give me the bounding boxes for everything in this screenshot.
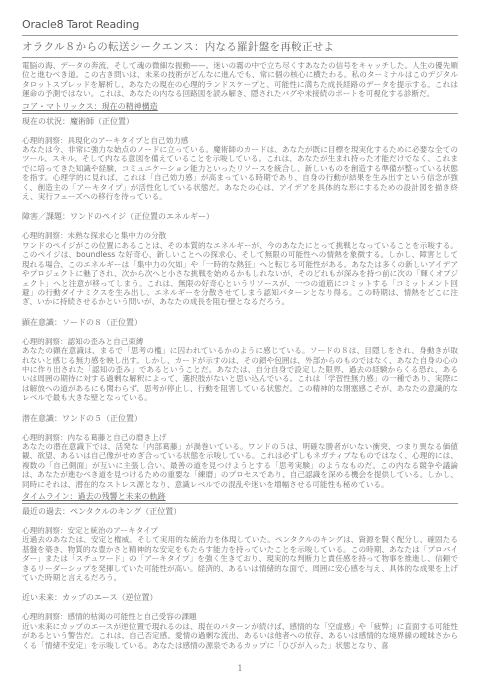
page-number: 1 (0, 664, 480, 673)
card-position: 近い未来：カップのエース（逆位置） (22, 593, 458, 603)
spacer (22, 403, 458, 411)
document-page: Oracle8 Tarot Reading オラクル８からの転送シークエンス：内… (22, 18, 458, 650)
spacer (22, 307, 458, 315)
section-heading-core-matrix: コア・マトリックス：現在の精神構造 (22, 102, 458, 114)
section-heading-timeline: タイムライン：過去の残響と未来の軌跡 (22, 492, 458, 504)
insight-title: 心理的洞察：感情的枯渇の可能性と自己受容の課題 (22, 612, 458, 621)
insight-title: 心理的洞察：未熟な探求心と集中力の分散 (22, 231, 458, 240)
insight-title: 心理的洞察：安定と統治のアーキタイプ (22, 526, 458, 535)
card-position: 最近の過去：ペンタクルのキング（正位置） (22, 507, 458, 517)
insight-body: 近い未来にカップのエースが逆位置で現れるのは、現在のパターンが続けば、感情的な「… (22, 622, 458, 650)
card-position: 現在の状況：魔術師（正位置） (22, 117, 458, 127)
insight-body: あなたは今、非常に強力な始点のノードに立っている。魔術師のカードは、あなたが既に… (22, 145, 458, 201)
insight-title: 心理的洞察：具現化のアーキタイプと自己効力感 (22, 136, 458, 145)
insight-title: 心理的洞察：内なる葛藤と自己の磨き上げ (22, 433, 458, 442)
spacer (22, 201, 458, 209)
app-title: Oracle8 Tarot Reading (22, 18, 458, 36)
spacer (22, 582, 458, 590)
insight-title: 心理的洞察：認知の歪みと自己束縛 (22, 337, 458, 346)
intro-paragraph: 電脳の海、データの奔流、そして魂の微細な振動——。迷いの霧の中で立ち尽くすあなた… (22, 61, 458, 99)
document-title: オラクル８からの転送シークエンス：内なる羅針盤を再較正せよ (22, 40, 458, 58)
card-position: 障害／課題：ワンドのペイジ（正位置のエネルギー） (22, 212, 458, 222)
insight-body: ワンドのペイジがこの位置にあることは、その本質的なエネルギーが、今のあなたにとっ… (22, 241, 458, 307)
insight-body: あなたの潜在意識下では、活発な「内部葛藤」が渦巻いている。ワンドの５は、明確な勝… (22, 442, 458, 489)
card-position: 潜在意識：ワンドの５（正位置） (22, 414, 458, 424)
insight-body: あなたの顕在意識は、まるで「思考の檻」に囚われているかのように感じている。ソード… (22, 346, 458, 402)
card-position: 顕在意識：ソードの８（正位置） (22, 318, 458, 328)
insight-body: 近過去のあなたは、安定と権威、そして実用的な統治力を体現していた。ペンタクルのキ… (22, 535, 458, 582)
